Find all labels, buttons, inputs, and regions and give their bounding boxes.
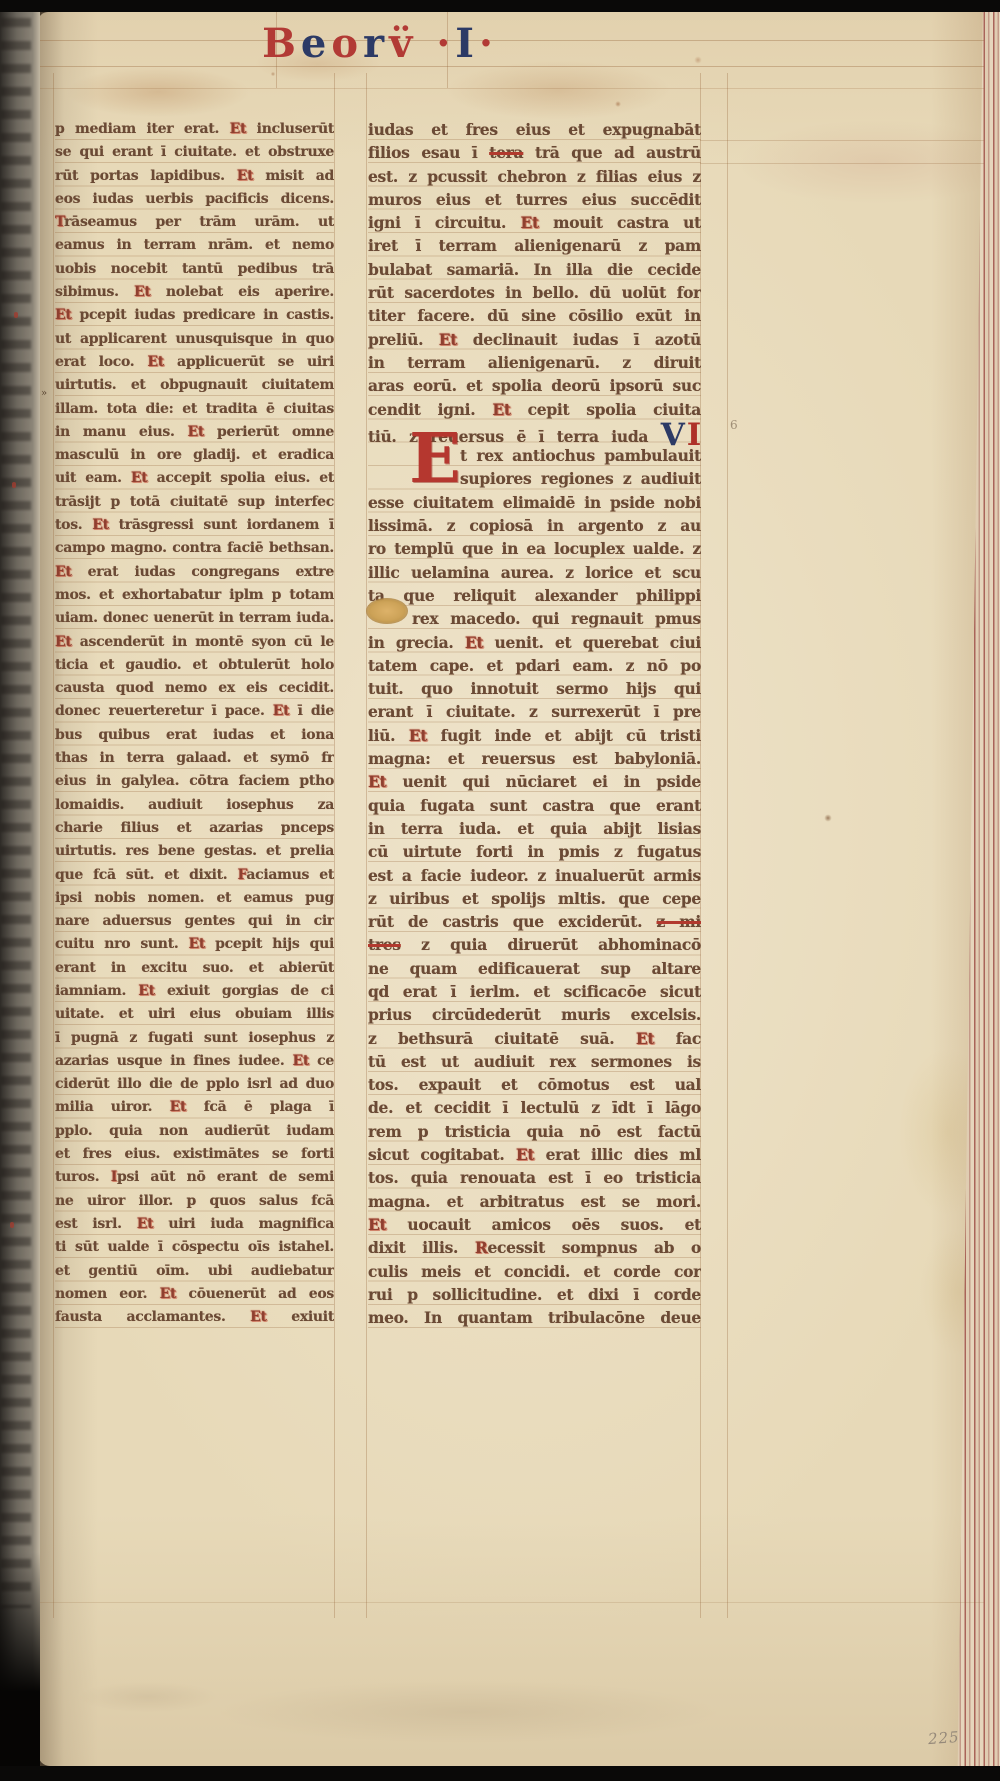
text-segment: turos. <box>55 1169 111 1185</box>
text-segment: nomen eor. <box>55 1286 160 1302</box>
text-segment: pcepit iudas predicare in castis. <box>72 307 334 323</box>
rubricated-text: Et <box>138 983 155 999</box>
text-line: eos iudas uerbis pacificis dicens. <box>55 188 334 211</box>
text-segment: campo magno. contra faciē bethsan. <box>55 540 334 556</box>
text-line: rui p sollicitudine. et dixi ī corde <box>368 1283 701 1306</box>
rubricated-text: Et <box>170 1099 187 1115</box>
text-segment: qd erat ī ierlm. et scificacōe sicut <box>368 982 701 1001</box>
rubricated-text: Et <box>636 1029 654 1048</box>
text-line: erat loco. Et applicuerūt se uiri <box>55 351 334 374</box>
rubricated-text: B <box>262 20 301 67</box>
text-segment: lomaidis. audiuit iosephus za <box>55 797 334 813</box>
text-segment: mos. et exhortabatur iplm p totam <box>55 587 334 603</box>
text-segment: mouit castra ut <box>539 213 701 232</box>
rubricated-text: o <box>331 20 363 67</box>
text-line: sicut cogitabat. Et erat illic dies ml <box>368 1143 701 1166</box>
text-segment: applicuerūt se uiri <box>164 354 334 370</box>
text-segment: exiuit <box>267 1309 334 1325</box>
text-line: ne quam edificauerat sup altare <box>368 957 701 980</box>
text-line: Et erat iudas congregans extre <box>55 561 334 584</box>
text-segment: charie filius et azarias pnceps <box>55 820 334 836</box>
rubricated-text: Et <box>147 354 164 370</box>
text-line: tos. Et trāsgressi sunt iordanem ī <box>55 514 334 537</box>
text-segment <box>417 20 436 67</box>
text-segment: magna: et reuersus est babyloniā. <box>368 749 701 768</box>
text-line: uitate. et uiri eius obuiam illis <box>55 1003 334 1026</box>
text-segment: igni ī circuitu. <box>368 213 520 232</box>
text-line: bus quibus erat iudas et iona <box>55 724 334 747</box>
text-line: filios esau ī tera trā que ad austrū <box>368 141 701 164</box>
rubricated-text: e <box>301 20 331 67</box>
text-segment: donec reuerteretur ī pace. <box>55 703 273 719</box>
text-segment: z uiribus et spolijs mltis. que cepe <box>368 889 701 908</box>
text-line: rex macedo. qui regnauit pmus <box>368 607 701 630</box>
drop-cap-initial: E <box>402 432 468 490</box>
text-segment: rex macedo. qui regnauit pmus <box>412 609 701 628</box>
text-line: tatem cape. et pdari eam. z nō po <box>368 654 701 677</box>
manuscript-photo: Beorv̈ ·I· p mediam iter erat. Et inclus… <box>0 0 1000 1781</box>
text-segment: preliū. <box>368 330 439 349</box>
rubricated-text: T <box>55 214 64 230</box>
rubricated-text: Et <box>368 772 386 791</box>
text-segment: tuit. quo innotuit sermo hijs qui <box>368 679 701 698</box>
text-line: in grecia. Et uenit. et querebat ciui <box>368 631 701 654</box>
text-line: lissimā. z copiosā in argento z au <box>368 514 701 537</box>
rubricated-text: Et <box>293 1053 310 1069</box>
parchment-defect <box>366 598 408 624</box>
text-segment: ro templū que in ea locuplex ualde. z <box>368 539 701 558</box>
text-segment: fausta acclamantes. <box>55 1309 250 1325</box>
text-segment: erat loco. <box>55 354 147 370</box>
text-segment: ascenderūt in montē syon cū le <box>72 634 334 650</box>
text-line: et gentiū oīm. ubi audiebatur <box>55 1260 334 1283</box>
text-segment: meo. In quantam tribulacōne deue <box>368 1308 701 1327</box>
text-segment: in manu eius. <box>55 424 188 440</box>
rubricated-text: Et <box>55 634 72 650</box>
text-line: eius in galylea. cōtra faciem ptho <box>55 770 334 793</box>
text-line: cendit igni. Et cepit spolia ciuita <box>368 398 701 421</box>
text-segment: exiuit gorgias de ci <box>155 983 334 999</box>
text-segment: accepit spolia eius. et <box>147 470 334 486</box>
text-line: illam. tota die: et tradita ē ciuitas <box>55 398 334 421</box>
text-line: ti sūt ualde ī cōspectu oīs istahel. <box>55 1236 334 1259</box>
text-line: charie filius et azarias pnceps <box>55 817 334 840</box>
text-segment: aras eorū. et spolia deorū ipsorū suc <box>368 376 701 395</box>
text-line: tos. expauit et cōmotus est ual <box>368 1073 701 1096</box>
text-segment: ipsi nobis nomen. et eamus pug <box>55 890 334 906</box>
text-segment: p mediam iter erat. <box>55 121 230 137</box>
rubricated-text: Et <box>520 213 538 232</box>
text-line: rem p tristicia quia nō est factū <box>368 1120 701 1143</box>
text-line: ipsi nobis nomen. et eamus pug <box>55 887 334 910</box>
text-segment: erant in excitu suo. et abierūt <box>55 960 334 976</box>
text-segment: tos. expauit et cōmotus est ual <box>368 1075 701 1094</box>
rubricated-text: tera <box>489 143 523 162</box>
ruling-line <box>727 73 728 1618</box>
text-line: ro templū que in ea locuplex ualde. z <box>368 537 701 560</box>
text-line: ticia et gaudio. et obtulerūt holo <box>55 654 334 677</box>
text-line: Et pcepit iudas predicare in castis. <box>55 304 334 327</box>
rubricated-text: Et <box>134 284 151 300</box>
rubricated-text: tres <box>368 935 401 954</box>
text-segment: ut applicarent unusquisque in quo <box>55 331 334 347</box>
text-segment: uitate. et uiri eius obuiam illis <box>55 1006 334 1022</box>
text-line: erant ī ciuitate. z surrexerūt ī pre <box>368 700 701 723</box>
text-segment: in terra iuda. et quia abijt lisias <box>368 819 701 838</box>
rubricated-text: V <box>661 417 687 453</box>
text-segment: liū. <box>368 726 409 745</box>
text-segment: rūt portas lapidibus. <box>55 168 237 184</box>
text-segment: pplo. quia non audierūt iudam <box>55 1123 334 1139</box>
text-segment: erat illic dies ml <box>534 1145 701 1164</box>
text-segment: muros eius et turres eius succēdit <box>368 190 701 209</box>
text-line: rūt de castris que exciderūt. z mi <box>368 910 701 933</box>
text-segment: tos. quia renouata est ī eo tristicia <box>368 1168 701 1187</box>
text-segment: cuitu nro sunt. <box>55 936 189 952</box>
text-line: uit eam. Et accepit spolia eius. et <box>55 467 334 490</box>
rubricated-text: Et <box>230 121 247 137</box>
text-segment: declinauit iudas ī azotū <box>457 330 701 349</box>
text-segment: fcā ē plaga ī <box>186 1099 334 1115</box>
text-segment: ta que reliquit alexander philippi <box>368 586 701 605</box>
text-segment: cū uirtute forti in pmis z fugatus <box>368 842 701 861</box>
ruling-line <box>700 140 984 141</box>
rubricated-text: v̈ <box>389 20 417 67</box>
text-line: campo magno. contra faciē bethsan. <box>55 537 334 560</box>
text-line: uirtutis. et obpugnauit ciuitatem <box>55 374 334 397</box>
text-segment: ī die <box>289 703 334 719</box>
text-line: nare aduersus gentes qui in cir <box>55 910 334 933</box>
text-line: ut applicarent unusquisque in quo <box>55 328 334 351</box>
text-segment: trāsgressi sunt iordanem ī <box>109 517 334 533</box>
rubricated-text: Et <box>273 703 290 719</box>
text-segment: thas in terra galaad. et symō fr <box>55 750 334 766</box>
text-segment: nolebat eis aperire. <box>151 284 334 300</box>
text-line: de. et cecidit ī lectulū z īdt ī lāgo <box>368 1096 701 1119</box>
text-line: muros eius et turres eius succēdit <box>368 188 701 211</box>
rubricated-text: r <box>363 20 389 67</box>
text-segment: azarias usque in fines iudee. <box>55 1053 293 1069</box>
text-segment: eius in galylea. cōtra faciem ptho <box>55 773 334 789</box>
folio-number: 225 <box>927 1728 960 1748</box>
text-segment: in grecia. <box>368 633 465 652</box>
rubricated-text: Et <box>189 936 206 952</box>
text-segment: aciamus et <box>246 867 334 883</box>
text-segment: tos. <box>55 517 92 533</box>
text-line: in manu eius. Et perierūt omne <box>55 421 334 444</box>
text-segment: milia uiror. <box>55 1099 170 1115</box>
text-segment: titer facere. dū sine cōsilio exūt in <box>368 306 701 325</box>
text-segment: ī pugnā z fugati sunt iosephus z <box>55 1030 334 1046</box>
text-line: sibimus. Et nolebat eis aperire. <box>55 281 334 304</box>
rubricated-text: Et <box>188 424 205 440</box>
rubricated-text: R <box>475 1238 488 1257</box>
text-segment: et fres eius. existimātes se forti <box>55 1146 334 1162</box>
text-line: z bethsurā ciuitatē suā. Et fac <box>368 1027 701 1050</box>
text-line: aras eorū. et spolia deorū ipsorū suc <box>368 374 701 397</box>
text-segment: cendit igni. <box>368 400 492 419</box>
text-segment: uocauit amicos oēs suos. et <box>386 1215 701 1234</box>
text-line: ta que reliquit alexander philippi <box>368 584 701 607</box>
text-segment: quia fugata sunt castra que erant <box>368 796 701 815</box>
text-segment: ne quam edificauerat sup altare <box>368 959 701 978</box>
text-segment: uirtutis. res bene gestas. et prelia <box>55 843 334 859</box>
text-line: azarias usque in fines iudee. Et ce <box>55 1050 334 1073</box>
text-line: se qui erant ī ciuitate. et obstruxe <box>55 141 334 164</box>
text-segment: est a facie iudeor. z inualuerūt armis <box>368 866 701 885</box>
text-segment: cepit spolia ciuita <box>511 400 701 419</box>
rubricated-text: Et <box>439 330 457 349</box>
text-line: magna. et arbitratus est se mori. <box>368 1190 701 1213</box>
text-line: magna: et reuersus est babyloniā. <box>368 747 701 770</box>
text-segment: masculū in ore gladij. et eradica <box>55 447 334 463</box>
ruling-line <box>334 73 335 1618</box>
text-line: Et ascenderūt in montē syon cū le <box>55 631 334 654</box>
text-segment: rui p sollicitudine. et dixi ī corde <box>368 1285 701 1304</box>
text-segment: perierūt omne <box>204 424 334 440</box>
nota-mark: » <box>41 388 47 399</box>
text-segment: ne uiror illor. p quos salus fcā <box>55 1193 334 1209</box>
rubricated-text: Et <box>55 307 72 323</box>
text-segment: tatem cape. et pdari eam. z nō po <box>368 656 701 675</box>
text-line: titer facere. dū sine cōsilio exūt in <box>368 304 701 327</box>
text-segment: z bethsurā ciuitatē suā. <box>368 1029 636 1048</box>
text-segment: illam. tota die: et tradita ē ciuitas <box>55 401 334 417</box>
text-line: Trāseamus per trām urām. ut <box>55 211 334 234</box>
text-line: uobis nocebit tantū pedibus trā <box>55 258 334 281</box>
text-segment: ti sūt ualde ī cōspectu oīs istahel. <box>55 1239 334 1255</box>
text-segment: bus quibus erat iudas et iona <box>55 727 334 743</box>
text-line: tres z quia diruerūt abhominacō <box>368 933 701 956</box>
text-line: que fcā sūt. et dixit. Faciamus et <box>55 864 334 887</box>
text-line: p mediam iter erat. Et incluserūt <box>55 118 334 141</box>
text-segment: eamus in terram nrām. et nemo <box>55 237 334 253</box>
text-line: iamniam. Et exiuit gorgias de ci <box>55 980 334 1003</box>
text-segment: cōuenerūt ad eos <box>176 1286 334 1302</box>
text-line: Et uocauit amicos oēs suos. et <box>368 1213 701 1236</box>
rubricated-text: I <box>687 417 701 453</box>
rubricated-text: Et <box>465 633 483 652</box>
text-segment: culis meis et concidi. et corde cor <box>368 1262 701 1281</box>
text-segment: iudas et fres eius et expugnabāt <box>368 120 701 139</box>
text-segment: z quia diruerūt abhominacō <box>401 935 701 954</box>
text-line: liū. Et fugit inde et abijt cū tristi <box>368 724 701 747</box>
margin-note: 6 <box>730 418 738 432</box>
rubricated-text: Et <box>492 400 510 419</box>
text-line: mos. et exhortabatur iplm p totam <box>55 584 334 607</box>
text-segment: supiores regiones z audiuit <box>460 469 701 488</box>
text-line: donec reuerteretur ī pace. Et ī die <box>55 700 334 723</box>
text-segment: prius circūdederūt muris excelsis. <box>368 1005 701 1024</box>
text-segment: nare aduersus gentes qui in cir <box>55 913 334 929</box>
text-segment: ecessit sompnus ab o <box>487 1238 701 1257</box>
text-line: thas in terra galaad. et symō fr <box>55 747 334 770</box>
facing-page-edge <box>0 12 40 1766</box>
text-segment: psi aūt nō erant de semi <box>117 1169 334 1185</box>
text-segment: ce <box>309 1053 334 1069</box>
text-segment: magna. et arbitratus est se mori. <box>368 1192 701 1211</box>
text-segment: ciderūt illo die de pplo isrl ad duo <box>55 1076 334 1092</box>
text-segment: sibimus. <box>55 284 134 300</box>
text-segment: rūt de castris que exciderūt. <box>368 912 657 931</box>
text-line: lomaidis. audiuit iosephus za <box>55 794 334 817</box>
text-line: illic uelamina aurea. z lorice et scu <box>368 561 701 584</box>
running-title: Beorv̈ ·I· <box>240 20 520 70</box>
text-line: trāsijt p totā ciuitatē sup interfec <box>55 491 334 514</box>
text-line: pplo. quia non audierūt iudam <box>55 1120 334 1143</box>
text-line: culis meis et concidi. et corde cor <box>368 1260 701 1283</box>
text-line: causta quod nemo ex eis cecidit. <box>55 677 334 700</box>
text-segment: trāsijt p totā ciuitatē sup interfec <box>55 494 334 510</box>
text-line: et fres eius. existimātes se forti <box>55 1143 334 1166</box>
text-segment: uit eam. <box>55 470 131 486</box>
text-segment: ticia et gaudio. et obtulerūt holo <box>55 657 334 673</box>
text-segment: sicut cogitabat. <box>368 1145 516 1164</box>
text-line: rūt portas lapidibus. Et misit ad <box>55 165 334 188</box>
text-segment: est. z pcussit chebron z filias eius z <box>368 167 701 186</box>
column-1: p mediam iter erat. Et incluserūtse qui … <box>55 118 334 1329</box>
text-line: bulabat samariā. In illa die cecide <box>368 258 701 281</box>
text-line: dixit illis. Recessit sompnus ab o <box>368 1236 701 1259</box>
text-line: quia fugata sunt castra que erant <box>368 794 701 817</box>
text-segment: fac <box>654 1029 701 1048</box>
text-segment: uirtutis. et obpugnauit ciuitatem <box>55 377 334 393</box>
text-line: nomen eor. Et cōuenerūt ad eos <box>55 1283 334 1306</box>
text-segment: iamniam. <box>55 983 138 999</box>
text-segment: lissimā. z copiosā in argento z au <box>368 516 701 535</box>
text-segment: eos iudas uerbis pacificis dicens. <box>55 191 334 207</box>
facing-page-shadow <box>0 12 40 1766</box>
text-segment: et gentiū oīm. ubi audiebatur <box>55 1263 334 1279</box>
text-line: est. z pcussit chebron z filias eius z <box>368 165 701 188</box>
text-segment: uiam. donec uenerūt in terram iuda. <box>55 610 334 626</box>
text-segment: incluserūt <box>246 121 334 137</box>
text-segment: trā que ad austrū <box>523 143 701 162</box>
text-segment: tū est ut audiuit rex sermones is <box>368 1052 701 1071</box>
text-line: uiam. donec uenerūt in terram iuda. <box>55 607 334 630</box>
text-line: fausta acclamantes. Et exiuit <box>55 1306 334 1329</box>
rubricated-text: · <box>436 20 455 67</box>
text-line: ciderūt illo die de pplo isrl ad duo <box>55 1073 334 1096</box>
rubricated-text: I <box>455 20 479 67</box>
ruling-line <box>700 163 984 164</box>
text-segment: uenit qui nūciaret ei in pside <box>386 772 701 791</box>
text-line: erant in excitu suo. et abierūt <box>55 957 334 980</box>
text-segment: est isrl. <box>55 1216 137 1232</box>
text-line: prius circūdederūt muris excelsis. <box>368 1003 701 1026</box>
text-line: in terram alienigenarū. z diruit <box>368 351 701 374</box>
text-line: cuitu nro sunt. Et pcepit hijs qui <box>55 933 334 956</box>
rubricated-text: z mi <box>657 912 701 931</box>
text-segment: illic uelamina aurea. z lorice et scu <box>368 563 701 582</box>
text-segment: uobis nocebit tantū pedibus trā <box>55 261 334 277</box>
text-line: ne uiror illor. p quos salus fcā <box>55 1190 334 1213</box>
rubricated-text: Et <box>250 1309 267 1325</box>
text-segment: in terram alienigenarū. z diruit <box>368 353 701 372</box>
text-segment: uiri iuda magnifica <box>153 1216 334 1232</box>
text-segment: dixit illis. <box>368 1238 475 1257</box>
text-segment: iret ī terram alienigenarū z pam <box>368 236 701 255</box>
text-line: tos. quia renouata est ī eo tristicia <box>368 1166 701 1189</box>
ruling-line <box>40 88 984 89</box>
text-line: Et uenit qui nūciaret ei in pside <box>368 770 701 793</box>
text-segment: fugit inde et abijt cū tristi <box>427 726 701 745</box>
text-line: z uiribus et spolijs mltis. que cepe <box>368 887 701 910</box>
text-segment: se qui erant ī ciuitate. et obstruxe <box>55 144 334 160</box>
text-line: qd erat ī ierlm. et scificacōe sicut <box>368 980 701 1003</box>
rubricated-text: Et <box>409 726 427 745</box>
text-line: iret ī terram alienigenarū z pam <box>368 234 701 257</box>
text-segment: de. et cecidit ī lectulū z īdt ī lāgo <box>368 1098 701 1117</box>
text-line: tū est ut audiuit rex sermones is <box>368 1050 701 1073</box>
text-segment: pcepit hijs qui <box>205 936 334 952</box>
rubricated-text: · <box>479 20 498 67</box>
text-line: tuit. quo innotuit sermo hijs qui <box>368 677 701 700</box>
text-line: iudas et fres eius et expugnabāt <box>368 118 701 141</box>
rubricated-text: Et <box>137 1216 154 1232</box>
text-line: preliū. Et declinauit iudas ī azotū <box>368 328 701 351</box>
text-line: masculū in ore gladij. et eradica <box>55 444 334 467</box>
text-segment: filios esau ī <box>368 143 489 162</box>
ruling-line <box>40 1602 984 1603</box>
text-line: meo. In quantam tribulacōne deue <box>368 1306 701 1329</box>
rubricated-text: Et <box>160 1286 177 1302</box>
text-segment: rūt sacerdotes in bello. dū uolūt for <box>368 283 701 302</box>
text-segment: erat iudas congregans extre <box>72 564 334 580</box>
text-segment: que fcā sūt. et dixit. <box>55 867 237 883</box>
text-segment: erant ī ciuitate. z surrexerūt ī pre <box>368 702 701 721</box>
text-segment: bulabat samariā. In illa die cecide <box>368 260 701 279</box>
text-segment: causta quod nemo ex eis cecidit. <box>55 680 334 696</box>
rubricated-text: Et <box>92 517 109 533</box>
text-segment: uenit. et querebat ciui <box>483 633 701 652</box>
text-line: est a facie iudeor. z inualuerūt armis <box>368 864 701 887</box>
rubricated-text: Et <box>55 564 72 580</box>
ruling-line <box>366 73 367 1618</box>
text-line: ī pugnā z fugati sunt iosephus z <box>55 1027 334 1050</box>
rubricated-text: Et <box>516 1145 534 1164</box>
text-line: milia uiror. Et fcā ē plaga ī <box>55 1096 334 1119</box>
text-line: in terra iuda. et quia abijt lisias <box>368 817 701 840</box>
rubricated-text: Et <box>237 168 254 184</box>
text-line: rūt sacerdotes in bello. dū uolūt for <box>368 281 701 304</box>
text-line: turos. Ipsi aūt nō erant de semi <box>55 1166 334 1189</box>
text-line: igni ī circuitu. Et mouit castra ut <box>368 211 701 234</box>
text-segment: misit ad <box>253 168 334 184</box>
column-2: iudas et fres eius et expugnabātfilios e… <box>368 118 701 1329</box>
rubricated-text: Et <box>368 1215 386 1234</box>
text-line: est isrl. Et uiri iuda magnifica <box>55 1213 334 1236</box>
ruling-line <box>53 73 54 1618</box>
text-line: cū uirtute forti in pmis z fugatus <box>368 840 701 863</box>
rubricated-text: Et <box>131 470 148 486</box>
text-line: eamus in terram nrām. et nemo <box>55 234 334 257</box>
text-segment: rem p tristicia quia nō est factū <box>368 1122 701 1141</box>
text-line: uirtutis. res bene gestas. et prelia <box>55 840 334 863</box>
text-segment: rāseamus per trām urām. ut <box>64 214 334 230</box>
